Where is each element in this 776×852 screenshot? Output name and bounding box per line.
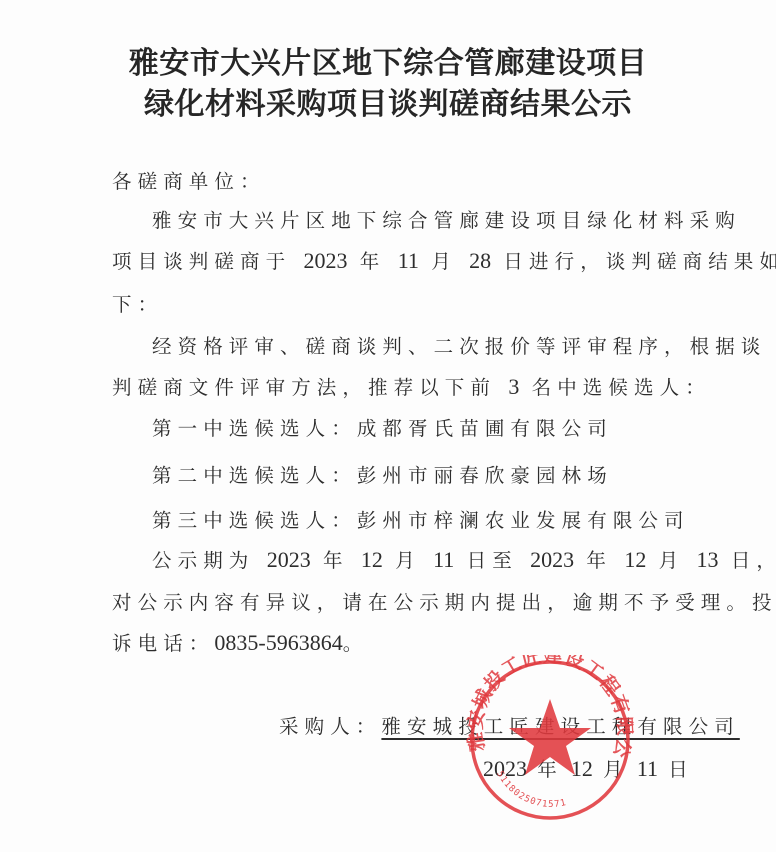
document-title-line-2: 绿化材料采购项目谈判磋商结果公示 <box>0 79 776 123</box>
candidate-3: 第三中选候选人：彭州市梓澜农业发展有限公司 <box>152 505 690 533</box>
text-segment: 年 <box>574 549 624 572</box>
text-segment: 年 <box>348 250 398 273</box>
text-segment: 诉电话： <box>112 632 214 655</box>
text-segment: 日进行，谈判磋商结果如 <box>491 250 776 273</box>
purchaser-label: 采购人： <box>279 715 381 738</box>
end-year: 2023 <box>530 547 574 572</box>
purchaser-name: 雅安城投工匠建设工程有限公司 <box>381 715 739 738</box>
candidate-rank-label: 第三中选候选人： <box>152 509 357 532</box>
date-year: 2023 <box>483 756 527 781</box>
candidate-name: 成都胥氏苗圃有限公司 <box>357 417 613 440</box>
signature-date: 2023 年 12 月 11 日 <box>483 754 692 782</box>
consult-day: 28 <box>469 248 491 273</box>
date-month: 12 <box>571 756 593 781</box>
paragraph-1-line-1: 雅安市大兴片区地下综合管廊建设项目绿化材料采购 <box>152 205 741 233</box>
complaint-phone: 0835-5963864 <box>214 630 342 655</box>
candidate-rank-label: 第二中选候选人： <box>152 464 357 487</box>
start-year: 2023 <box>267 547 311 572</box>
text-segment: 。 <box>343 632 369 655</box>
end-day: 13 <box>697 547 719 572</box>
text-segment: 月 <box>419 250 469 273</box>
candidate-rank-label: 第一中选候选人： <box>152 417 357 440</box>
text-segment: 日 <box>658 758 692 781</box>
notice-line-2: 对公示内容有异议，请在公示期内提出，逾期不予受理。投 <box>112 587 776 615</box>
paragraph-1-line-2: 项目谈判磋商于 2023 年 11 月 28 日进行，谈判磋商结果如 <box>112 246 776 274</box>
text-segment: 月 <box>646 549 696 572</box>
start-month: 12 <box>361 547 383 572</box>
text-segment: 年 <box>311 549 361 572</box>
notice-line-1: 公示期为 2023 年 12 月 11 日至 2023 年 12 月 13 日，… <box>152 545 776 573</box>
text-segment: 名中选候选人： <box>519 376 711 399</box>
date-day: 11 <box>637 756 658 781</box>
candidate-1: 第一中选候选人：成都胥氏苗圃有限公司 <box>152 413 613 441</box>
consult-month: 11 <box>398 248 419 273</box>
document-title-line-1: 雅安市大兴片区地下综合管廊建设项目 <box>0 38 776 82</box>
seal-text: 雅安城投工匠建设工程有限公司 <box>455 655 635 761</box>
text-segment: 项目谈判磋商于 <box>112 250 304 273</box>
consult-year: 2023 <box>304 248 348 273</box>
notice-line-3: 诉电话：0835-5963864。 <box>112 628 368 656</box>
document-page: 雅安市大兴片区地下综合管廊建设项目 绿化材料采购项目谈判磋商结果公示 各磋商单位… <box>0 0 776 852</box>
text-segment: 判磋商文件评审方法，推荐以下前 <box>112 376 508 399</box>
text-segment: 公示期为 <box>152 549 267 572</box>
text-segment: 年 <box>527 758 571 781</box>
end-month: 12 <box>624 547 646 572</box>
paragraph-1-line-3: 下： <box>112 289 163 317</box>
signature-line: 采购人：雅安城投工匠建设工程有限公司 <box>279 711 740 739</box>
candidate-2: 第二中选候选人：彭州市丽春欣豪园林场 <box>152 460 613 488</box>
text-segment: 日至 <box>454 549 530 572</box>
candidate-name: 彭州市梓澜农业发展有限公司 <box>357 509 690 532</box>
paragraph-2-line-1: 经资格评审、磋商谈判、二次报价等评审程序，根据谈 <box>152 331 766 359</box>
salutation: 各磋商单位： <box>112 166 266 194</box>
candidate-count: 3 <box>508 374 519 399</box>
text-segment: 月 <box>383 549 433 572</box>
text-segment: 月 <box>593 758 637 781</box>
text-segment: 日，如 <box>719 549 776 572</box>
start-day: 11 <box>433 547 454 572</box>
paragraph-2-line-2: 判磋商文件评审方法，推荐以下前 3 名中选候选人： <box>112 372 711 400</box>
svg-text:雅安城投工匠建设工程有限公司: 雅安城投工匠建设工程有限公司 <box>455 655 635 761</box>
candidate-name: 彭州市丽春欣豪园林场 <box>357 464 613 487</box>
